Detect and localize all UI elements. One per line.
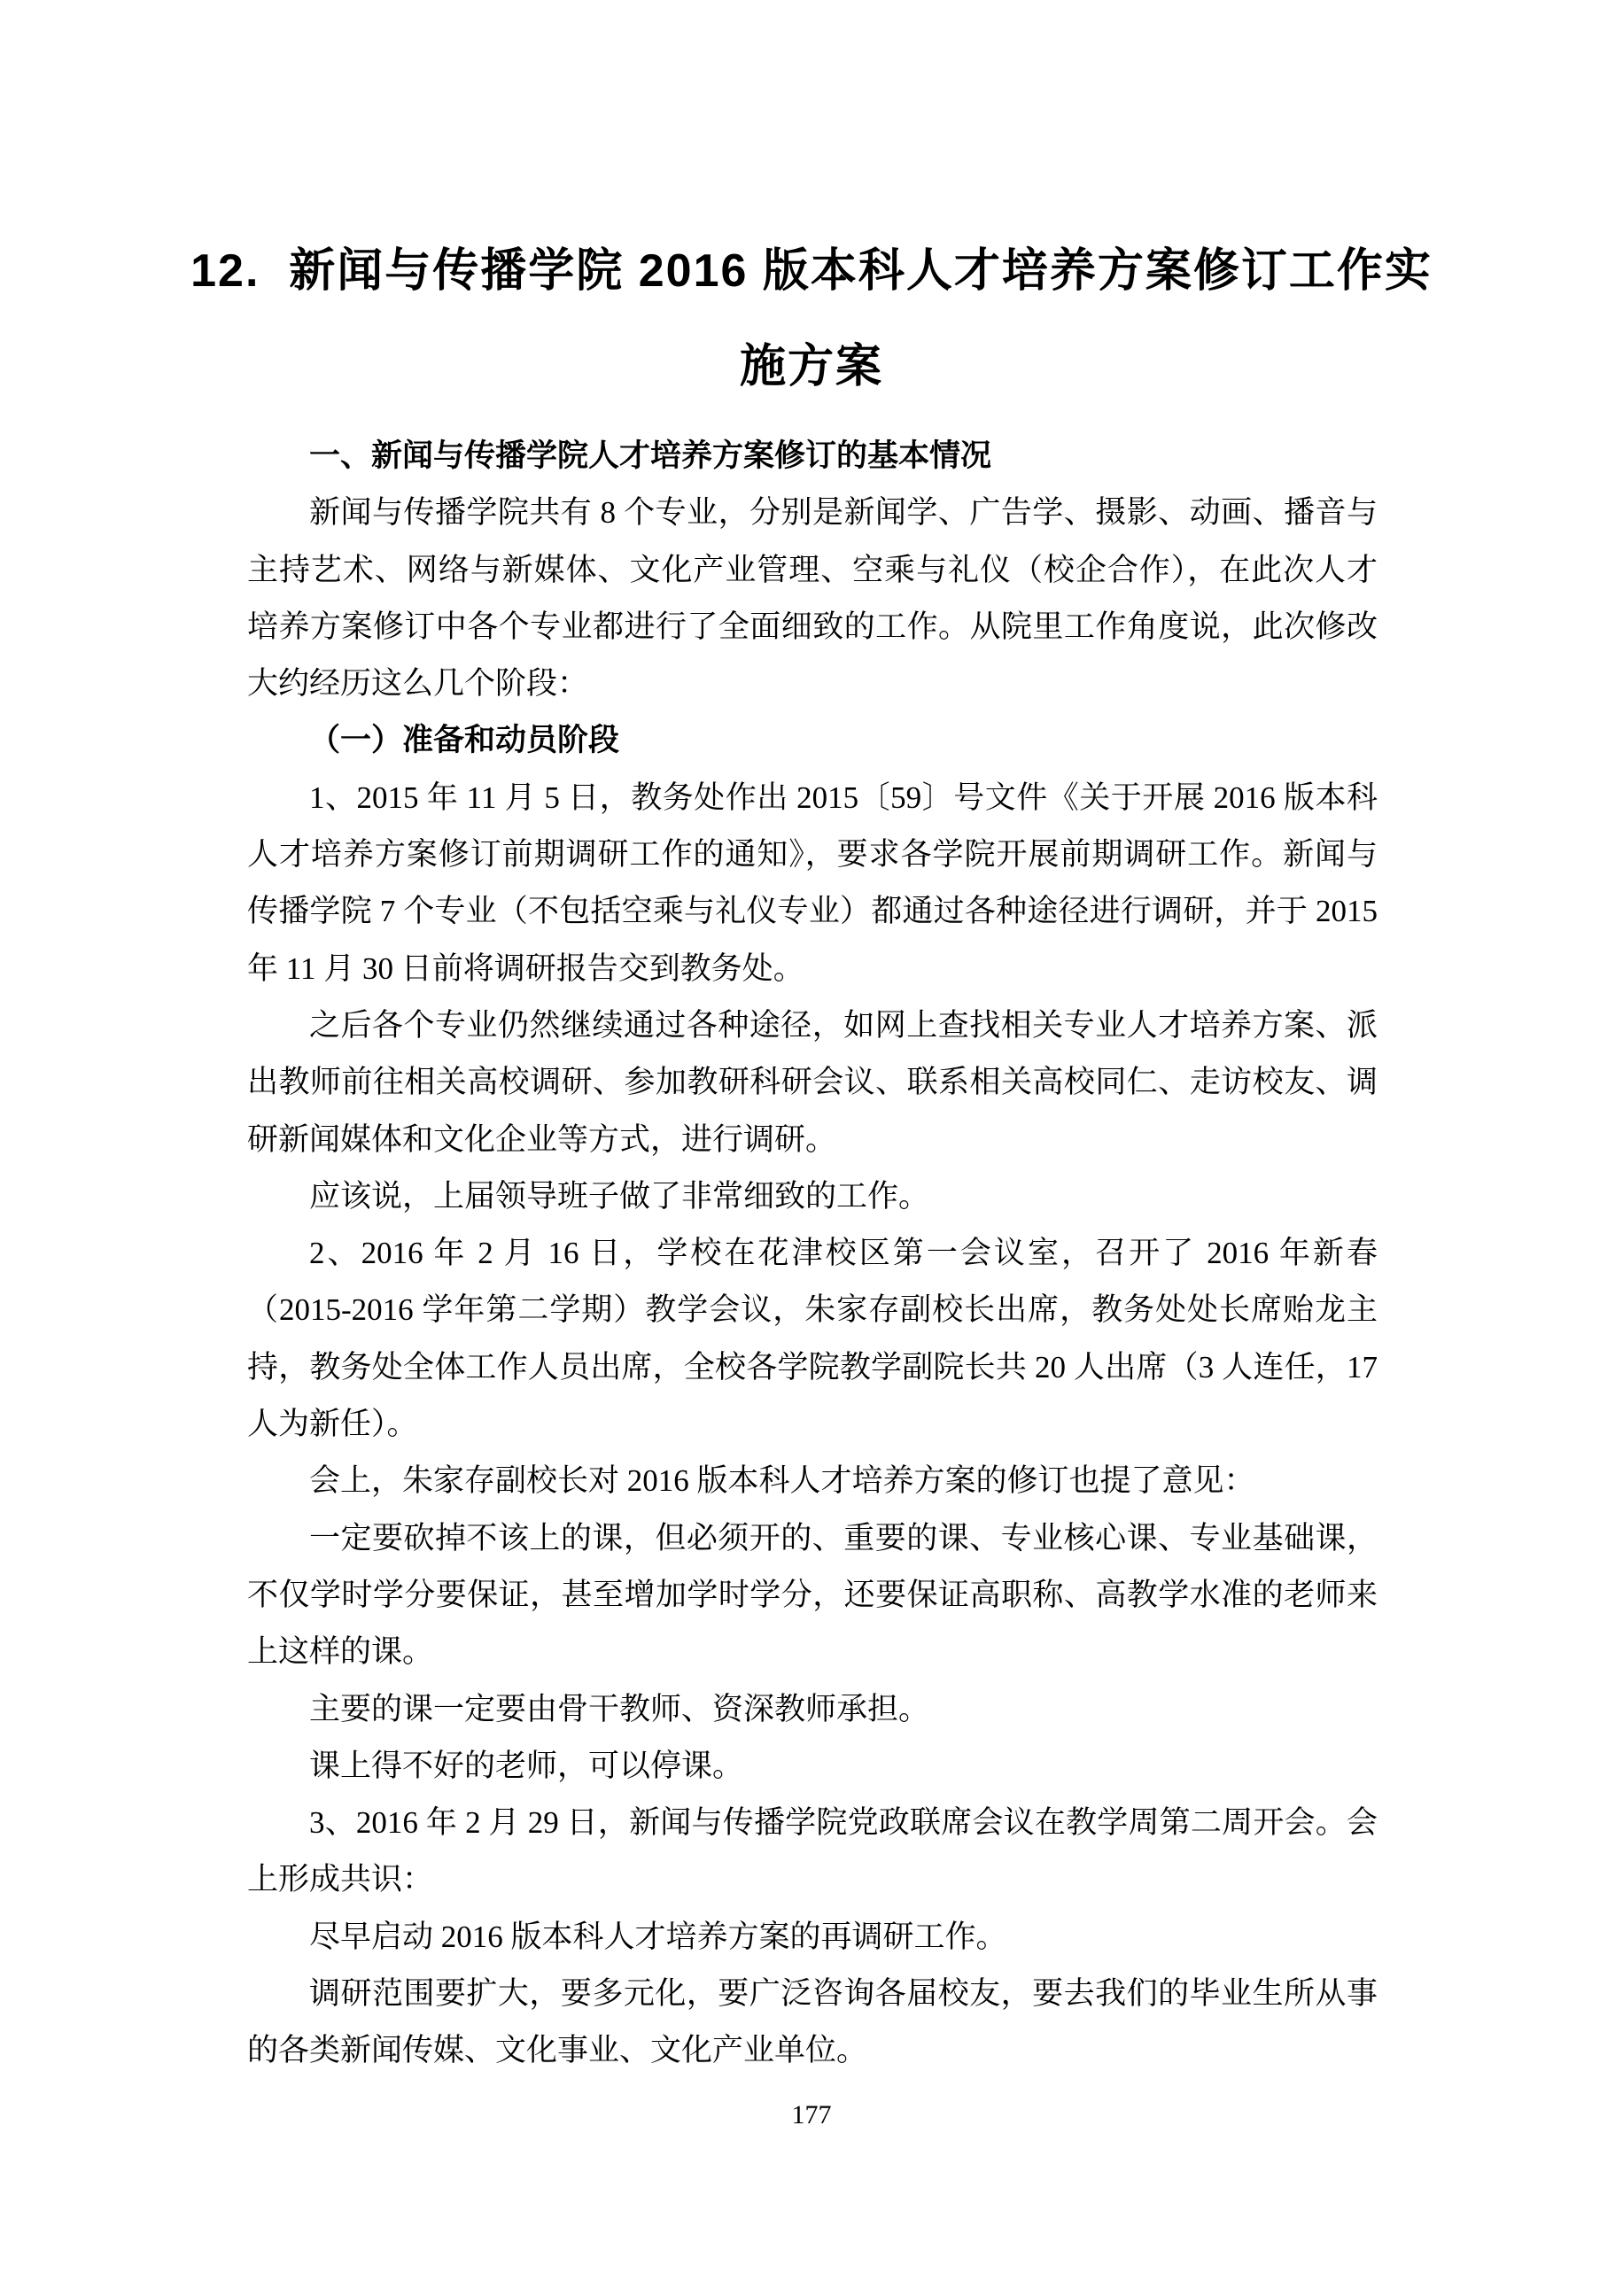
paragraph-restart-research: 尽早启动 2016 版本科人才培养方案的再调研工作。 bbox=[247, 1909, 1378, 1966]
document-title-line-1: 12. 新闻与传播学院 2016 版本科人才培养方案修订工作实 bbox=[0, 223, 1623, 319]
paragraph-continued-research: 之后各个专业仍然继续通过各种途径，如网上查找相关专业人才培养方案、派出教师前往相… bbox=[247, 997, 1378, 1168]
paragraph-overview: 新闻与传播学院共有 8 个专业，分别是新闻学、广告学、摄影、动画、播音与主持艺术… bbox=[247, 485, 1378, 712]
section-heading-preparation-stage: （一）准备和动员阶段 bbox=[247, 712, 1378, 769]
document-title: 12. 新闻与传播学院 2016 版本科人才培养方案修订工作实 施方案 bbox=[0, 223, 1623, 415]
document-title-line-2: 施方案 bbox=[0, 319, 1623, 415]
paragraph-vice-president-opinion: 会上，朱家存副校长对 2016 版本科人才培养方案的修订也提了意见： bbox=[247, 1453, 1378, 1509]
document-page: 12. 新闻与传播学院 2016 版本科人才培养方案修订工作实 施方案 一、新闻… bbox=[0, 0, 1623, 2296]
paragraph-item-3-joint-meeting: 3、2016 年 2 月 29 日，新闻与传播学院党政联席会议在教学周第二周开会… bbox=[247, 1795, 1378, 1909]
paragraph-key-courses-teachers: 主要的课一定要由骨干教师、资深教师承担。 bbox=[247, 1681, 1378, 1738]
document-body: 一、新闻与传播学院人才培养方案修订的基本情况 新闻与传播学院共有 8 个专业，分… bbox=[247, 428, 1378, 2080]
page-number: 177 bbox=[0, 2099, 1623, 2131]
paragraph-previous-leadership: 应该说，上届领导班子做了非常细致的工作。 bbox=[247, 1168, 1378, 1225]
paragraph-expand-research-scope: 调研范围要扩大，要多元化，要广泛咨询各届校友，要去我们的毕业生所从事的各类新闻传… bbox=[247, 1966, 1378, 2080]
section-heading-basic-situation: 一、新闻与传播学院人才培养方案修订的基本情况 bbox=[247, 428, 1378, 485]
paragraph-item-1-notice: 1、2015 年 11 月 5 日，教务处作出 2015〔59〕号文件《关于开展… bbox=[247, 770, 1378, 997]
paragraph-suspend-poor-teachers: 课上得不好的老师，可以停课。 bbox=[247, 1738, 1378, 1795]
paragraph-item-2-meeting: 2、2016 年 2 月 16 日，学校在花津校区第一会议室，召开了 2016 … bbox=[247, 1225, 1378, 1453]
paragraph-course-requirements: 一定要砍掉不该上的课，但必须开的、重要的课、专业核心课、专业基础课，不仅学时学分… bbox=[247, 1510, 1378, 1681]
